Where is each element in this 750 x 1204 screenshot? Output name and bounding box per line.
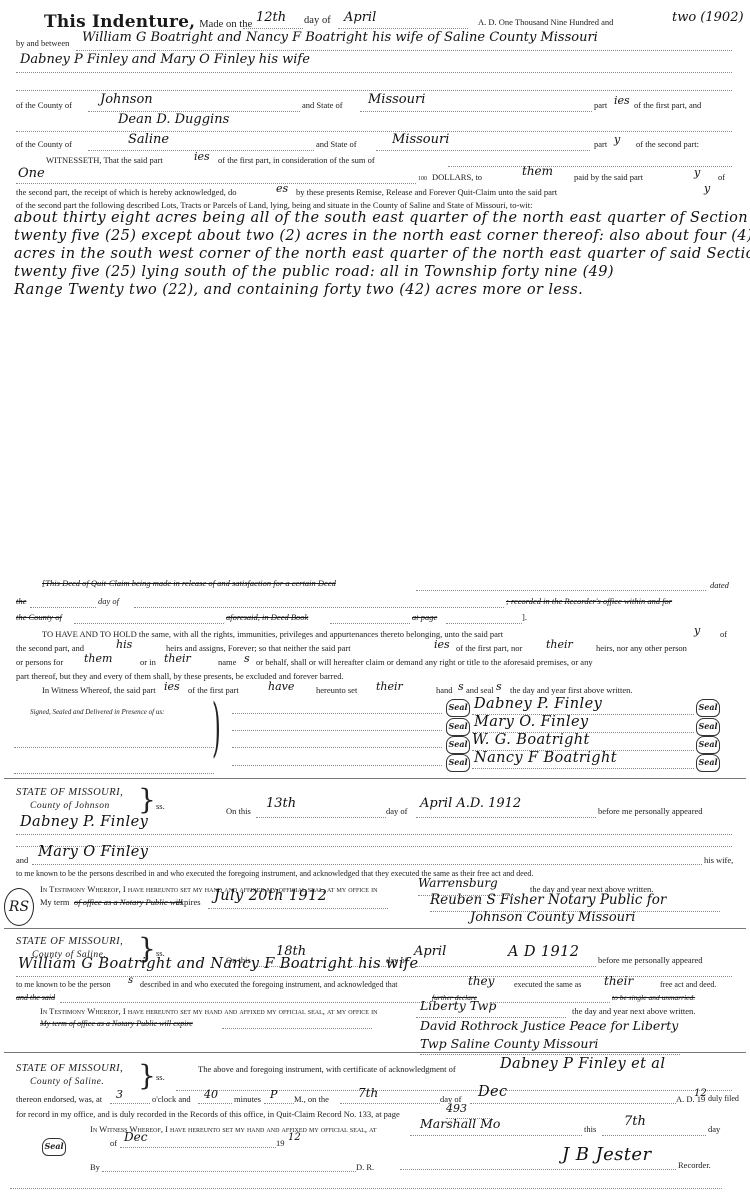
month-field[interactable]: April [344,10,376,25]
ack2-day-year: the day and year next above written. [572,1006,695,1016]
paid-by-label: paid by the said part [574,172,643,182]
ack2-they-field[interactable]: they [468,974,494,988]
recording-nineteen-field[interactable]: 12 [288,1132,301,1143]
recording-this: this [584,1124,596,1134]
lots-tracts-label: of the second part the following describ… [16,200,533,210]
recording-year-field[interactable]: 12 [694,1088,707,1099]
recording-hour-field[interactable]: 3 [116,1088,123,1101]
recording-dr: D. R. [356,1162,374,1172]
part-label-2: part [594,139,607,149]
habendum-line3-a: or persons for [16,657,63,667]
at-page-label: at page [412,612,437,622]
seal-icon: Seal [446,718,470,736]
recording-minutes: minutes [234,1094,261,1104]
consideration-label: of the first part, in consideration of t… [218,155,375,165]
first-part-tail: of the first part, and [634,100,701,110]
recording-county: County of Saline. [30,1077,104,1087]
ack2-said-strike: and the said [16,993,55,1002]
habendum-line3-b: or in [140,657,156,667]
recording-of: of [110,1138,117,1148]
first-part-suffix[interactable]: ies [614,94,630,107]
habendum-line2-a: the second part, and [16,643,84,653]
ack2-their-field[interactable]: their [604,974,633,988]
habendum-line3-d: or behalf, shall or will hereafter claim… [256,657,593,667]
ack2-state: STATE OF MISSOURI, [16,936,123,947]
habendum-of: of [720,629,727,639]
release-day-of-label: day of [98,596,119,606]
signature-dabney-finley[interactable]: Dabney P. Finley [474,696,602,712]
justice-signature-line2[interactable]: Twp Saline County Missouri [420,1036,598,1051]
ack1-his-wife: his wife, [704,855,733,865]
ack1-and: and [16,855,28,865]
seal-icon: Seal [696,699,720,717]
recording-day-field[interactable]: 7th [358,1086,378,1100]
description-line[interactable]: Range Twenty two (22), and containing fo… [14,282,750,300]
aforesaid-label: aforesaid, in Deed Book [226,612,308,622]
presence-brace: ) [212,696,221,760]
of-label: of [718,172,725,182]
ack2-term-strike: My term of office as a Notary Public wil… [40,1019,193,1028]
ack2-appeared: before me personally appeared [598,955,703,965]
deed-title-line: This Indenture, Made on the [44,12,252,32]
part-label-1: part [594,100,607,110]
hundredths-label: 100 [418,176,427,182]
ack2-known-c: executed the same as [514,980,581,989]
seal-icon: Seal [446,699,470,717]
day-of-label: day of [304,15,331,26]
second-part-suffix[interactable]: y [614,133,620,146]
recording-state: STATE OF MISSOURI, [16,1063,123,1074]
first-party-line2[interactable]: Dabney P Finley and Mary O Finley his wi… [20,52,310,67]
ack1-on-this: On this [226,806,251,816]
habendum-line2-c: of the first part, nor [456,643,522,653]
by-and-between-label: by and between [16,38,69,48]
first-county-field[interactable]: Johnson [100,92,153,107]
ack1-person1-field[interactable]: Dabney P. Finley [20,814,148,830]
ack2-testimony: In Testimony Whereof, I have hereunto se… [40,1006,377,1016]
recording-page-field[interactable]: 493 [446,1102,467,1115]
witness-parties-field[interactable]: ies [164,680,180,693]
release-the-label: the [16,596,26,606]
ack1-office-field[interactable]: Warrensburg [418,876,498,890]
witnesseth-label: WITNESSETH, That the said part [46,155,163,165]
ack1-person2-field[interactable]: Mary O Finley [38,844,148,860]
section-divider [4,1052,746,1053]
ack1-brace: } [138,786,156,814]
ad-label: A. D. One Thousand Nine Hundred and [478,17,613,27]
recording-ss: ss. [156,1072,165,1082]
amount-words-field[interactable]: One [18,166,45,181]
signature-wg-boatright[interactable]: W. G. Boatright [472,732,590,748]
nor-heirs-field[interactable]: their [546,638,573,651]
recording-line1: The above and foregoing instrument, with… [198,1064,456,1074]
ack2-office-field[interactable]: Liberty Twp [420,998,496,1013]
ack1-month-field[interactable]: April A.D. 1912 [420,796,521,811]
recorder-seal-icon: Seal [42,1138,66,1156]
ack2-known-d: free act and deed. [660,980,716,989]
ack1-county: County of Johnson [30,801,110,811]
ack2-persons-field[interactable]: William G Boatright and Nancy F Boatrigh… [18,956,419,972]
second-state-field[interactable]: Missouri [392,132,449,147]
persons-for-field[interactable]: them [84,652,112,665]
remise-label: by these presents Remise, Release and Fo… [296,187,557,197]
recording-ack-of-field[interactable]: Dabney P Finley et al [500,1056,665,1072]
ack1-term-b: expires [176,897,201,907]
description-line[interactable]: twenty five (25) except about two (2) ac… [14,228,750,246]
recorder-signature[interactable]: J B Jester [562,1144,651,1165]
seal-icon: Seal [696,736,720,754]
signature-mary-finley[interactable]: Mary O. Finley [474,714,589,730]
does-field[interactable]: es [276,182,288,195]
recording-month-field[interactable]: Dec [478,1084,508,1100]
dollars-label: DOLLARS, to [432,172,482,182]
recording-meridiem-field[interactable]: P [270,1088,277,1101]
county-label-2: of the County of [16,139,72,149]
witness-seals-suffix[interactable]: s [496,680,502,693]
ack2-persons-suffix[interactable]: s [128,975,133,986]
seal-icon: Seal [696,754,720,772]
ack2-year-field[interactable]: A D 1912 [508,944,579,960]
recording-m-on-the: M., on the [294,1094,329,1104]
seal-icon: Seal [446,736,470,754]
seal-icon: Seal [446,754,470,772]
ack1-term-a: My term [40,897,70,907]
margin-initials-mark: RS [4,888,34,926]
recording-line3: for record in my office, and is duly rec… [16,1109,400,1119]
dated-label: dated [710,580,729,590]
recording-of-month-field[interactable]: Dec [124,1130,147,1144]
recording-filed: duly filed [708,1094,739,1103]
signature-nancy-boatright[interactable]: Nancy F Boatright [474,750,617,766]
ack2-known-a: to me known to be the person [16,980,111,989]
county-label-1: of the County of [16,100,72,110]
ack1-term-strike: of office as a Notary Public will [74,897,183,907]
recording-this-field[interactable]: 7th [624,1114,646,1129]
paid-to-field[interactable]: them [522,164,553,178]
recording-endorsed: thereon endorsed, was, at [16,1094,102,1104]
paid-by-field[interactable]: y [694,166,700,179]
witness-hand-label: hand [436,685,453,695]
second-party-field[interactable]: Dean D. Duggins [118,112,229,127]
heirs-owner-field[interactable]: his [116,638,132,651]
release-clause-line1: [This Deed of Quit-Claim being made in r… [42,578,336,588]
ack1-appeared: before me personally appeared [598,806,703,816]
witnesseth-parties-field[interactable]: ies [194,150,210,163]
justice-signature-line1[interactable]: David Rothrock Justice Peace for Liberty [420,1018,678,1033]
witness-whereof-f: the day and year first above written. [510,685,633,695]
state-label-1: and State of [302,100,343,110]
habendum-line3-c: name [218,657,236,667]
first-state-field[interactable]: Missouri [368,92,425,107]
witness-their-field[interactable]: their [376,680,403,693]
deed-title: This Indenture, [44,12,195,32]
recording-brace: } [138,1062,156,1090]
witness-seal-label: and seal [466,685,494,695]
second-county-field[interactable]: Saline [128,132,169,147]
recorded-label: ; recorded in the Recorder's office with… [506,596,672,606]
recording-minutes-field[interactable]: 40 [204,1088,218,1101]
name-suffix-field[interactable]: s [244,652,250,665]
notary-signature-line2[interactable]: Johnson County Missouri [470,910,635,925]
recording-place-field[interactable]: Marshall Mo [420,1116,500,1131]
habendum-party-field[interactable]: y [694,624,700,637]
legal-description: about thirty eight acres being all of th… [14,210,750,300]
in-name-field[interactable]: their [164,652,191,665]
release-close: ]. [522,612,527,622]
presence-label: Signed, Sealed and Delivered in Presence… [30,708,164,716]
ack1-term-field[interactable]: July 20th 1912 [214,888,327,904]
notary-signature-line1[interactable]: Reuben S Fisher Notary Public for [430,892,666,908]
recording-nineteen: 19 [276,1138,285,1148]
day-field[interactable]: 12th [256,10,286,25]
recording-by: By [90,1162,100,1172]
description-line[interactable]: twenty five (25) lying south of the publ… [14,264,750,282]
section-divider [4,928,746,929]
witness-hands-suffix[interactable]: s [458,680,464,693]
habendum-line2-d: heirs, nor any other person [596,643,687,653]
witness-have-field[interactable]: have [268,680,294,693]
receipt-label: the second part, the receipt of which is… [16,187,236,197]
habendum-line2-b: heirs and assigns, Forever; so that neit… [166,643,351,653]
description-line[interactable]: acres in the south west corner of the no… [14,246,750,264]
recorder-label: Recorder. [678,1160,711,1170]
first-party-line1[interactable]: William G Boatright and Nancy F Boatrigh… [82,30,598,45]
ack1-ss: ss. [156,801,165,811]
ack2-known-b: described in and who executed the forego… [140,980,397,989]
ack1-day-of: day of [386,806,407,816]
recording-oclock: o'clock and [152,1094,191,1104]
description-line[interactable]: about thirty eight acres being all of th… [14,210,750,228]
section-divider [4,778,746,779]
quitclaim-party-field[interactable]: y [704,182,710,195]
year-field[interactable]: two (1902) [672,10,744,25]
witness-whereof-c: hereunto set [316,685,357,695]
recording-day: day [708,1124,720,1134]
ack1-state: STATE OF MISSOURI, [16,787,123,798]
neither-parties-field[interactable]: ies [434,638,450,651]
ack2-month-field[interactable]: April [414,944,446,959]
state-label-2: and State of [316,139,357,149]
second-part-tail: of the second part: [636,139,699,149]
witness-whereof-a: In Witness Whereof, the said part [42,685,156,695]
ack1-day-field[interactable]: 13th [266,796,296,811]
seal-icon: Seal [696,718,720,736]
ack2-single-strike: to be single and unmarried. [612,993,695,1002]
county-of-struck: the County of [16,612,62,622]
